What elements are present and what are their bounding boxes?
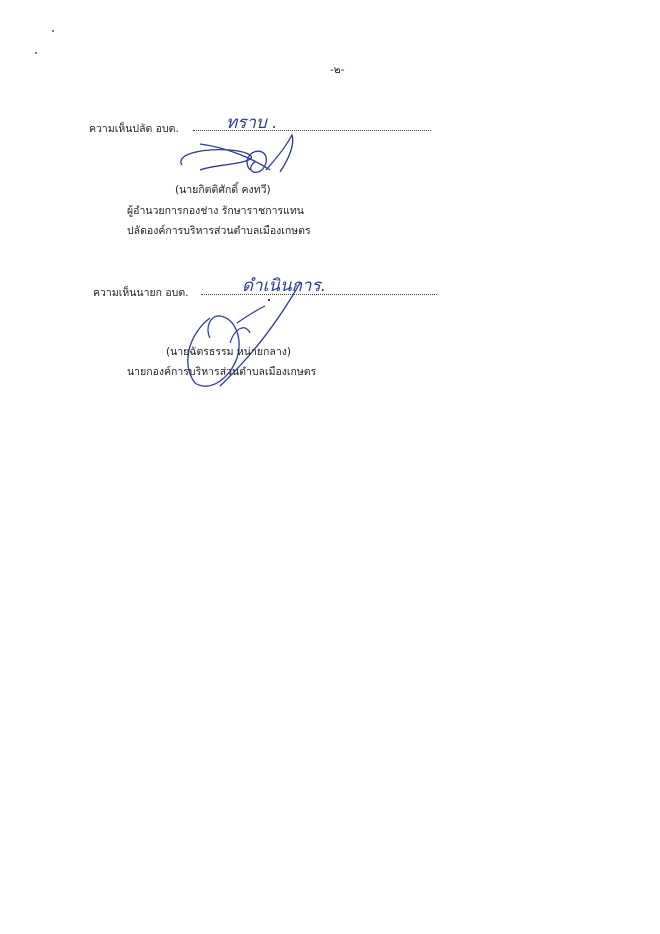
scan-speck — [35, 52, 37, 54]
page-number: -๒- — [330, 61, 345, 78]
section-1-position-line-2: ปลัดองค์การบริหารส่วนตำบลเมืองเกษตร — [127, 222, 311, 239]
section-1-position-line-1: ผู้อำนวยการกองช่าง รักษาราชการแทน — [127, 202, 304, 219]
scan-speck — [52, 30, 54, 32]
section-1-signer-name: (นายกิตติศักดิ์ คงทวี) — [175, 181, 271, 198]
section-1-label: ความเห็นปลัด อบต. — [89, 120, 179, 137]
signature-1 — [170, 130, 300, 180]
section-2-position-line-1: นายกองค์การบริหารส่วนตำบลเมืองเกษตร — [127, 363, 316, 380]
section-2-signer-name: (นายฉัตรธรรม หน่ายกลาง) — [166, 343, 291, 360]
